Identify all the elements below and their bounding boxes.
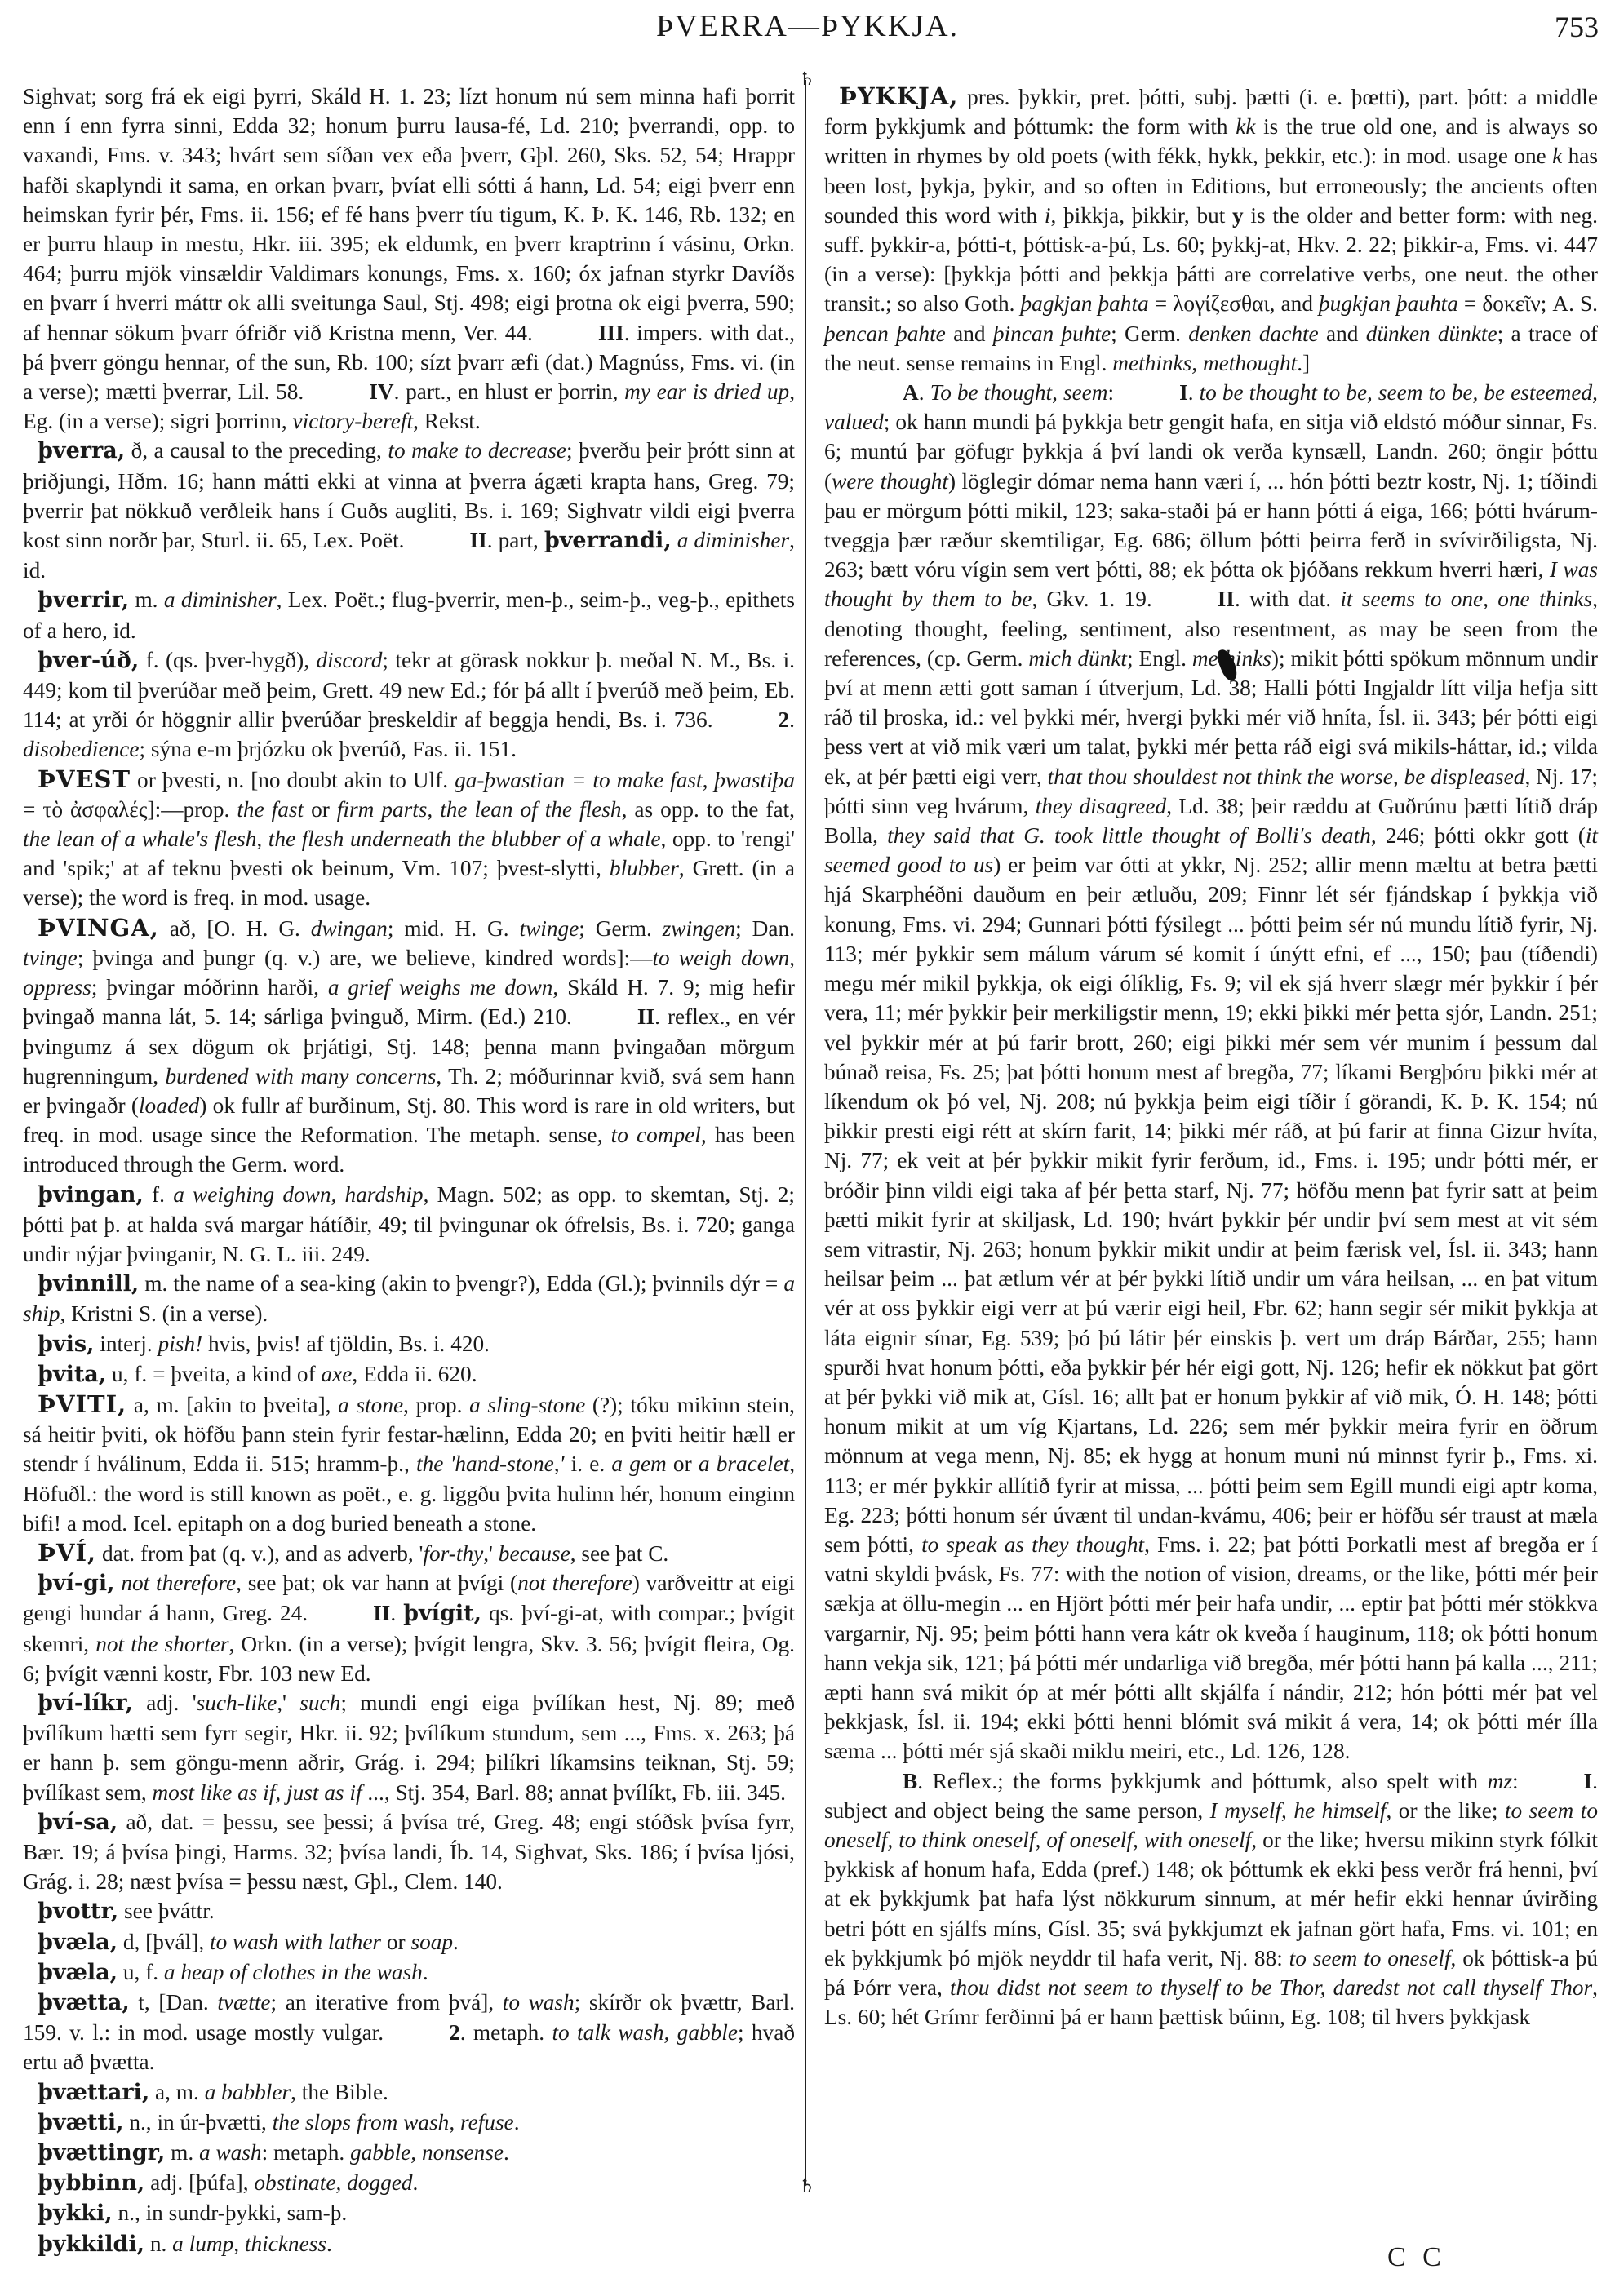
dictionary-subsection: B. Reflex.; the forms þykkjumk and þóttu… [824,1766,1598,2032]
entry-text: , Kristni S. (in a verse). [60,1301,268,1326]
dictionary-entry: Sighvat; sorg frá ek eigi þyrri, Skáld H… [23,82,795,436]
translation-italic: methinks, methought [1112,351,1297,375]
entry-text: . metaph. [460,2020,552,2045]
translation-italic: discord [317,648,383,672]
entry-text: u, f. = þveita, a kind of [106,1362,321,1386]
translation-italic: to wash with lather [210,1930,381,1954]
translation-italic: soap [410,1930,453,1954]
translation-italic: to make to decrease [388,438,566,463]
dictionary-entry: þykkildi, n. a lump, thickness. [23,2229,795,2259]
entry-text: ; mid. H. G. [388,916,520,941]
entry-text: . part., en hlust er þorrin, [394,379,625,404]
headword-root: ÞVINGA, [38,914,159,942]
headword: þvæla, [38,1930,118,1955]
section-marker: II [469,528,486,552]
translation-italic: ga-þwastian = to make fast, þwastiþa [455,768,795,792]
page-header: ÞVERRA—ÞYKKJA. 753 [0,0,1615,57]
entry-text: , Edda ii. 620. [352,1362,477,1386]
headword: þvottr, [38,1899,118,1924]
translation-italic: gabble, nonsense [350,2140,504,2165]
dictionary-entry: þverra, ð, a causal to the preceding, to… [23,436,795,585]
entry-text: ; Engl. [1127,646,1192,671]
translation-italic: kk [1236,114,1255,139]
dictionary-entry: þvættari, a, m. a babbler, the Bible. [23,2077,795,2108]
entry-text: ; þvinga and þungr (q. v.) are, we belie… [78,946,653,970]
translation-italic: a gem [611,1452,666,1476]
entry-text: m. [129,587,164,612]
translation-italic: a grief weighs me down [328,975,553,1000]
translation-italic: zwingen [663,916,735,941]
entry-text: ) er þeim var ótti at ykkr, Nj. 252; all… [824,853,1598,1557]
translation-italic: that thou shouldest not think the worse,… [1048,765,1525,789]
translation-italic: not therefore [121,1571,236,1595]
entry-text: adj. [þúfa], [144,2170,254,2195]
entry-text: . part, [487,528,544,552]
dictionary-entry: þvætti, n., in úr-þvætti, the slops from… [23,2108,795,2138]
entry-text: ð, a causal to the preceding, [125,438,388,463]
headword: þvæla, [38,1960,118,1985]
translation-italic: a stone [338,1393,403,1417]
entry-text: Sighvat; sorg frá ek eigi þyrri, Skáld H… [23,84,795,345]
translation-italic: i [1045,203,1051,228]
dictionary-entry: þvættingr, m. a wash: metaph. gabble, no… [23,2138,795,2168]
dictionary-entry: þvinnill, m. the name of a sea-king (aki… [23,1269,795,1328]
headword: því-sa, [38,1810,118,1835]
entry-text: . [326,2232,332,2256]
section-marker: II [637,1004,654,1029]
entry-text: . [1188,380,1200,405]
entry-text: n., in úr-þvætti, [124,2110,273,2134]
translation-italic: a wash [199,2140,262,2165]
entry-text: f. (qs. þver-hygð), [139,648,316,672]
translation-italic: I myself, he himself [1210,1798,1387,1823]
translation-italic: not therefore [517,1571,632,1595]
translation-italic: my ear is dried up [624,379,789,404]
entry-text: ,' [483,1541,499,1566]
entry-text: interj. [94,1332,158,1356]
entry-text: . [514,2110,520,2134]
translation-italic: thou didst not seem to thyself to be Tho… [950,1975,1592,2000]
entry-text: ; þvingar móðrinn harði, [91,975,328,1000]
translation-italic: axe [321,1362,352,1386]
right-column: ÞYKKJA, pres. þykkir, pret. þótti, subj.… [824,82,1598,2032]
headword: þvætta, [38,1990,130,2015]
section-marker: I [1584,1769,1593,1793]
entry-text: . [413,2170,419,2195]
translation-italic: they disagreed [1036,794,1167,818]
section-marker: II [1218,587,1235,611]
entry-text: , the Bible. [291,2080,388,2104]
translation-italic: a bracelet [699,1452,789,1476]
translation-italic: tvinge [23,946,78,970]
translation-italic: a heap of clothes in the wash [164,1960,423,1984]
headword: þykkildi, [38,2232,144,2257]
translation-italic: disobedience [23,737,140,761]
translation-italic: a lump, thickness [172,2232,326,2256]
translation-italic: the lean of a whale's flesh, the flesh u… [23,827,660,851]
entry-text: = τὸ ἀσφαλές]:—prop. [23,797,237,822]
dictionary-entry: þvottr, see þváttr. [23,1896,795,1926]
translation-italic: most like as if, just as if [152,1780,362,1805]
entry-text: .] [1297,351,1310,375]
headword: þverrir, [38,587,129,613]
entry-text: ; sýna e-m þrjózku ok þverúð, Fas. ii. 1… [140,737,517,761]
translation-italic: to wash [503,1990,575,2015]
entry-text: = δοκεῖν; A. S. [1458,291,1598,316]
translation-italic: a diminisher [677,528,789,552]
headword-root: ÞVEST [38,765,131,793]
entry-text: , prop. [403,1393,469,1417]
dictionary-entry: þver-úð, f. (qs. þver-hygð), discord; te… [23,645,795,765]
translation-italic: burdened with many concerns [165,1064,436,1088]
entry-text: : metaph. [262,2140,350,2165]
headword: þverra, [38,438,125,463]
entry-text: t, [Dan. [130,1990,218,2015]
entry-text: , þikkja, þikkir, but [1051,203,1233,228]
headword: þvættari, [38,2080,149,2105]
translation-italic: victory-bereft [293,409,414,433]
translation-italic: to talk wash, gabble [552,2020,738,2045]
translation-italic: to speak as they thought [921,1532,1144,1557]
translation-italic: the fast [237,797,304,822]
printer-signature: C C [1387,2242,1446,2273]
headword: því-líkr, [38,1691,133,1716]
entry-text: ; Germ. [579,916,662,941]
headword: þykki, [38,2201,113,2226]
left-column: Sighvat; sorg frá ek eigi þyrri, Skáld H… [23,82,795,2259]
translation-italic: a weighing down, hardship [173,1182,423,1207]
entry-text: . with dat. [1235,587,1340,611]
translation-italic: to compel [611,1123,701,1147]
dictionary-entry: ÞYKKJA, pres. þykkir, pret. þótti, subj.… [824,82,1598,378]
entry-text: . [789,707,795,732]
entry-text: : [1108,380,1115,405]
translation-italic: such [299,1691,340,1715]
headword: þvígit, [403,1601,481,1626]
translation-italic: tvætte [217,1990,270,2015]
entry-text: n. [144,2232,172,2256]
entry-text: . [504,2140,509,2165]
entry-text: = λογίζεσθαι, and [1149,291,1319,316]
dictionary-entry: þvætta, t, [Dan. tvætte; an iterative fr… [23,1988,795,2077]
dictionary-entry: þvæla, d, [þvál], to wash with lather or… [23,1927,795,1957]
section-marker: 2 [449,2020,460,2045]
dictionary-entry: ÞVÍ, dat. from þat (q. v.), and as adver… [23,1538,795,1568]
entry-text: , Rekst. [413,409,481,433]
translation-italic: because [499,1541,570,1566]
dictionary-entry: því-sa, að, dat. = þessu, see þessi; á þ… [23,1807,795,1897]
translation-italic: þugkjan þauhta [1319,291,1458,316]
entry-text: and [1319,321,1366,346]
dictionary-entry: ÞVINGA, að, [O. H. G. dwingan; mid. H. G… [23,913,795,1180]
translation-italic: such-like [197,1691,277,1715]
entry-text: or [304,797,337,822]
headword: þvingan, [38,1182,144,1208]
translation-italic: not the shorter [95,1632,228,1656]
entry-text: ; Dan. [735,916,795,941]
entry-text: ,' [277,1691,299,1715]
entry-text: see þváttr. [118,1899,215,1923]
entry-text: , 246; þótti okkr gott ( [1371,823,1586,848]
dictionary-entry: þvæla, u, f. a heap of clothes in the wa… [23,1957,795,1988]
section-marker: IV [369,379,393,404]
translation-italic: they said that G. took little thought of… [887,823,1371,848]
section-marker: A [903,380,919,405]
headword: þvis, [38,1332,94,1357]
entry-text: i. e. [564,1452,611,1476]
entry-text: . [423,1960,428,1984]
entry-text: and [946,321,993,346]
translation-italic: obstinate, dogged [254,2170,412,2195]
entry-text: ; an iterative from þvá], [271,1990,503,2015]
entry-text: að, dat. = þessu, see þessi; á þvísa tré… [23,1810,795,1894]
dictionary-entry: þvis, interj. pish! hvis, þvis! af tjöld… [23,1329,795,1359]
dictionary-entry: þverrir, m. a diminisher, Lex. Poët.; fl… [23,585,795,645]
headword-root: ÞYKKJA, [839,82,958,110]
entry-text: , Fms. i. 22; þat þótti Þorkatli mest af… [824,1532,1598,1763]
translation-italic: pish! [158,1332,203,1356]
translation-italic: To be thought, seem [930,380,1108,405]
entry-text [672,528,677,552]
entry-text: ; Germ. [1111,321,1188,346]
entry-text: hvis, þvis! af tjöldin, Bs. i. 420. [202,1332,490,1356]
column-divider-ornament-bottom: ♄ [799,2177,812,2195]
entry-text: , Gkv. 1. 19. [1032,587,1151,611]
entry-text: , see þat; ok var hann at þvígi ( [236,1571,517,1595]
translation-italic: dünken dünkte [1366,321,1497,346]
section-marker: B [903,1769,917,1793]
headword: þybbinn, [38,2170,144,2196]
entry-text: m. the name of a sea-king (akin to þveng… [139,1271,783,1296]
entry-text: or [667,1452,699,1476]
entry-text: dat. from þat (q. v.), and as adverb, ' [96,1541,423,1566]
entry-text: a, m. [149,2080,204,2104]
entry-text: n., in sundr-þykki, sam-þ. [113,2201,348,2225]
dictionary-entry: þvingan, f. a weighing down, hardship, M… [23,1180,795,1270]
translation-italic: dwingan [311,916,388,941]
translation-italic: to seem to oneself [1289,1946,1451,1970]
entry-text: f. [144,1182,173,1207]
entry-text: , see þat C. [570,1541,669,1566]
headword-root: ÞVITI, [38,1390,126,1418]
entry-text: d, [þvál], [118,1930,210,1954]
translation-italic: blubber [610,856,679,880]
headword: þvætti, [38,2110,124,2135]
entry-text: , or the like; [1386,1798,1504,1823]
translation-italic: firm parts, the lean of the flesh [337,797,622,822]
section-marker: III [598,321,624,345]
dictionary-entry: því-líkr, adj. 'such-like,' such; mundi … [23,1688,795,1807]
translation-italic: a sling-stone [469,1393,585,1417]
headword: þvættingr, [38,2140,165,2165]
headword: þverrandi, [544,528,672,553]
dictionary-subsection: A. To be thought, seem:I. to be thought … [824,378,1598,1766]
translation-italic: denken dachte [1188,321,1318,346]
entry-text: . Reflex.; the forms þykkjumk and þóttum… [917,1769,1487,1793]
translation-italic: the 'hand-stone,' [416,1452,564,1476]
headword: þvita, [38,1362,106,1387]
dictionary-entry: þybbinn, adj. [þúfa], obstinate, dogged. [23,2168,795,2198]
dictionary-entry: ÞVEST or þvesti, n. [no doubt akin to Ul… [23,765,795,913]
translation-italic: þencan þahte [824,321,946,346]
translation-italic: k [1552,144,1562,168]
headword: þver-úð, [38,648,139,673]
headword: því-gi, [38,1571,115,1596]
entry-text: u, f. [118,1960,164,1984]
translation-italic: were thought [832,469,948,494]
section-marker: II [373,1601,390,1625]
dictionary-entry: því-gi, not therefore, see þat; ok var h… [23,1568,795,1688]
entry-text: að, [O. H. G. [159,916,311,941]
dictionary-entry: þvita, u, f. = þveita, a kind of axe, Ed… [23,1359,795,1390]
translation-italic: mz [1488,1769,1512,1793]
translation-italic: a diminisher [164,587,277,612]
translation-italic: mich dünkt [1028,646,1127,671]
column-divider [805,80,806,2185]
entry-text: . [453,1930,459,1954]
translation-italic: the slops from wash, refuse [273,2110,514,2134]
translation-italic: loaded [139,1093,199,1118]
section-marker: y [1232,203,1244,228]
entry-text: or þvesti, n. [no doubt akin to Ulf. [131,768,455,792]
entry-text: or [381,1930,410,1954]
entry-text: . [919,380,930,405]
dictionary-entry: ÞVITI, a, m. [akin to þveita], a stone, … [23,1390,795,1538]
translation-italic: a babbler [205,2080,291,2104]
headword-root: ÞVÍ, [38,1539,96,1567]
page-number: 753 [1555,10,1599,44]
entry-text: a, m. [akin to þveita], [126,1393,338,1417]
translation-italic: twinge [519,916,579,941]
entry-text: ..., Stj. 354, Barl. 88; annat þvílíkt, … [362,1780,786,1805]
headword: þvinnill, [38,1271,139,1296]
translation-italic: for-thy [423,1541,483,1566]
entry-text: adj. ' [133,1691,197,1715]
entry-text: , as opp. to the fat, [622,797,795,822]
translation-italic: þincan þuhte [993,321,1111,346]
section-marker: I [1179,380,1188,405]
dictionary-entry: þykki, n., in sundr-þykki, sam-þ. [23,2198,795,2228]
entry-text: . [390,1601,403,1625]
translation-italic: þagkjan þahta [1021,291,1149,316]
running-head: ÞVERRA—ÞYKKJA. [0,8,1615,44]
translation-italic: it seems to one, one thinks [1340,587,1592,611]
entry-text: m. [165,2140,199,2165]
entry-text: : [1512,1769,1519,1793]
section-marker: 2 [779,707,790,732]
